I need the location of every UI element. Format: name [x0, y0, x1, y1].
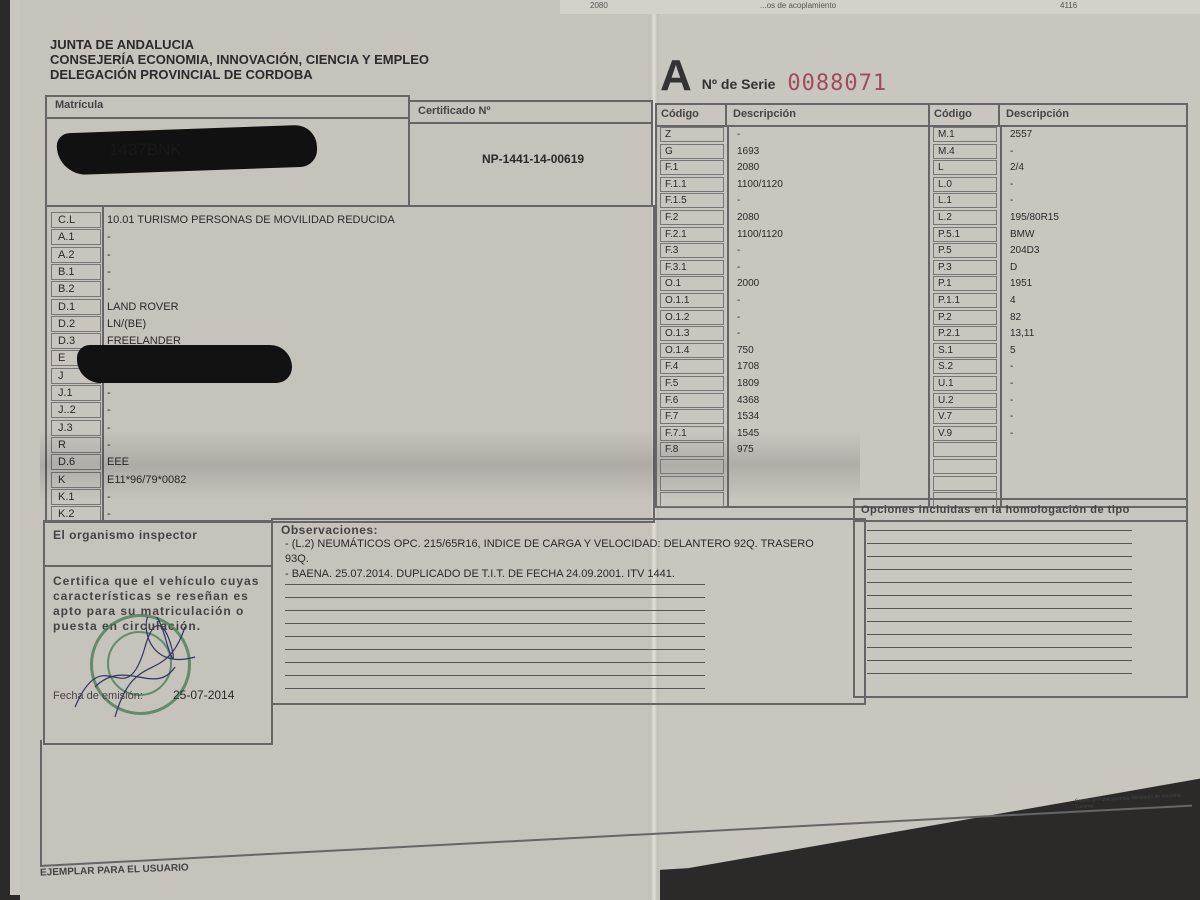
table-row: O.1.2 - [657, 310, 928, 327]
col-header-code: Código [657, 105, 727, 125]
redaction-mark [77, 345, 292, 383]
table-row: V.7 - [930, 409, 1186, 426]
field-value: - [1010, 359, 1013, 374]
field-code: L.1 [933, 193, 997, 208]
opciones-box: Opciones incluidas en la homologación de… [853, 498, 1188, 698]
field-code: K [51, 472, 101, 488]
field-code: F.2.1 [660, 227, 724, 242]
field-code: F.8 [660, 442, 724, 457]
underlying-sheet-strip: 2080 ...os de acoplamiento 4116 [560, 0, 1200, 14]
field-value: - [107, 404, 111, 416]
table-row: P.2 82 [930, 310, 1186, 327]
field-code: F.1 [660, 160, 724, 175]
field-value: 4 [1010, 293, 1016, 308]
table-row: B.1 - [47, 263, 653, 281]
field-code: L.0 [933, 177, 997, 192]
field-code: M.1 [933, 127, 997, 142]
matricula-label: Matrícula [47, 97, 408, 119]
field-code: B.1 [51, 264, 101, 280]
field-value: - [737, 193, 740, 208]
field-value: E11*96/79*0082 [107, 474, 186, 486]
table-row: F.8 975 [657, 442, 928, 459]
field-value: - [1010, 193, 1013, 208]
field-code: U.2 [933, 393, 997, 408]
field-code [933, 459, 997, 474]
blank-line [867, 595, 1132, 596]
blank-line [867, 634, 1132, 635]
table-row: M.4 - [930, 144, 1186, 161]
table-row: F.7.1 1545 [657, 426, 928, 443]
table-row: J.1 - [47, 384, 653, 402]
field-value: - [737, 310, 740, 325]
field-code: F.4 [660, 359, 724, 374]
field-code: U.1 [933, 376, 997, 391]
table-row: B.2 - [47, 280, 653, 298]
issuer-line-1: JUNTA DE ANDALUCIA [50, 37, 429, 52]
table-row: S.1 5 [930, 343, 1186, 360]
field-code [660, 476, 724, 491]
field-value: 2000 [737, 276, 759, 291]
table-row: P.5.1 BMW [930, 227, 1186, 244]
field-code: P.1 [933, 276, 997, 291]
issuer-line-2: CONSEJERÍA ECONOMIA, INNOVACIÓN, CIENCIA… [50, 52, 429, 67]
field-code: O.1.4 [660, 343, 724, 358]
strip-value: 4116 [1060, 1, 1077, 10]
serial-block: A Nº de Serie 0088071 [660, 56, 887, 96]
serial-label: Nº de Serie [702, 76, 776, 92]
opciones-title: Opciones incluidas en la homologación de… [855, 500, 1186, 522]
field-code: S.2 [933, 359, 997, 374]
field-code: F.5 [660, 376, 724, 391]
field-value: 10.01 TURISMO PERSONAS DE MOVILIDAD REDU… [107, 214, 395, 226]
field-code: V.7 [933, 409, 997, 424]
table-row: L.2 195/80R15 [930, 210, 1186, 227]
table-row: J.3 - [47, 419, 653, 437]
certificado-box: Certificado Nº NP-1441-14-00619 [408, 100, 653, 207]
field-code [660, 492, 724, 507]
field-code: F.7.1 [660, 426, 724, 441]
field-code [933, 442, 997, 457]
field-value: 4368 [737, 393, 759, 408]
field-value: - [737, 243, 740, 258]
redaction-mark [56, 124, 317, 175]
field-code: V.9 [933, 426, 997, 441]
table-row: Z - [657, 127, 928, 144]
certificado-label: Certificado Nº [410, 102, 651, 124]
field-code: G [660, 144, 724, 159]
observation-line: - BAENA. 25.07.2014. DUPLICADO DE T.I.T.… [285, 568, 675, 580]
field-code: F.1.1 [660, 177, 724, 192]
signature-icon [65, 617, 215, 727]
field-code: D.6 [51, 454, 101, 470]
field-value: - [1010, 144, 1013, 159]
observation-line: - (L.2) NEUMÁTICOS OPC. 215/65R16, INDIC… [285, 538, 814, 550]
table-row: P.3 D [930, 260, 1186, 277]
field-value: 1951 [1010, 276, 1032, 291]
field-code: L.2 [933, 210, 997, 225]
table-row: L 2/4 [930, 160, 1186, 177]
field-value: - [107, 266, 111, 278]
field-code: B.2 [51, 281, 101, 297]
blank-line [285, 636, 705, 637]
matricula-box: Matrícula 1437BNK [45, 95, 410, 207]
blank-line [867, 660, 1132, 661]
blank-line [285, 675, 705, 676]
issuer-line-3: DELEGACIÓN PROVINCIAL DE CORDOBA [50, 67, 429, 82]
issuer-header: JUNTA DE ANDALUCIA CONSEJERÍA ECONOMIA, … [50, 37, 429, 82]
form-letter: A [660, 56, 692, 96]
field-value: 750 [737, 343, 754, 358]
observaciones-box: Observaciones: - (L.2) NEUMÁTICOS OPC. 2… [271, 518, 866, 705]
field-value: EEE [107, 456, 129, 468]
table-row: M.1 2557 [930, 127, 1186, 144]
field-code: Z [660, 127, 724, 142]
table-row: A.1 - [47, 228, 653, 246]
blank-line [285, 623, 705, 624]
field-value: - [107, 249, 111, 261]
table-row: F.6 4368 [657, 393, 928, 410]
field-value: - [737, 293, 740, 308]
field-value: 13,11 [1010, 326, 1034, 341]
field-value: - [737, 260, 740, 275]
table-row: K E11*96/79*0082 [47, 471, 653, 489]
field-code: M.4 [933, 144, 997, 159]
inspector-box: El organismo inspector Certifica que el … [43, 520, 273, 745]
table-row: U.2 - [930, 393, 1186, 410]
field-code: P.5 [933, 243, 997, 258]
field-code: F.7 [660, 409, 724, 424]
table-row: P.1 1951 [930, 276, 1186, 293]
field-value: - [1010, 376, 1013, 391]
field-code: P.5.1 [933, 227, 997, 242]
table-row [930, 476, 1186, 493]
fecha-label: Fecha de emisión: [53, 690, 143, 702]
serial-number: 0088071 [787, 71, 887, 96]
table-row: L.1 - [930, 193, 1186, 210]
field-code: F.2 [660, 210, 724, 225]
table-row: L.0 - [930, 177, 1186, 194]
field-value: 2080 [737, 160, 759, 175]
field-value: - [1010, 393, 1013, 408]
table-header: Código Descripción [657, 105, 928, 127]
field-value: 204D3 [1010, 243, 1039, 258]
field-code: P.2.1 [933, 326, 997, 341]
field-value: - [107, 422, 111, 434]
field-code: O.1.3 [660, 326, 724, 341]
field-value: 1693 [737, 144, 759, 159]
field-code: O.1.2 [660, 310, 724, 325]
table-row: D.2 LN/(BE) [47, 315, 653, 333]
field-code: A.2 [51, 247, 101, 263]
table-row: D.1 LAND ROVER [47, 298, 653, 316]
table-row: O.1.3 - [657, 326, 928, 343]
field-value: 975 [737, 442, 754, 457]
table-row: F.3.1 - [657, 260, 928, 277]
blank-line [285, 610, 705, 611]
field-value: D [1010, 260, 1017, 275]
field-value: 195/80R15 [1010, 210, 1059, 225]
table-row: G 1693 [657, 144, 928, 161]
field-value: 1534 [737, 409, 759, 424]
blank-line [867, 673, 1132, 674]
field-value: - [1010, 426, 1013, 441]
table-row: F.4 1708 [657, 359, 928, 376]
field-code: A.1 [51, 229, 101, 245]
table-row: O.1.4 750 [657, 343, 928, 360]
table-row: P.5 204D3 [930, 243, 1186, 260]
field-value: 1708 [737, 359, 759, 374]
table-row: P.2.1 13,11 [930, 326, 1186, 343]
table-row: O.1.1 - [657, 293, 928, 310]
blank-line [867, 530, 1132, 531]
field-code: O.1.1 [660, 293, 724, 308]
blank-line [285, 649, 705, 650]
inspector-title: El organismo inspector [45, 522, 271, 567]
table-row: S.2 - [930, 359, 1186, 376]
table-row: D.6 EEE [47, 453, 653, 471]
field-code: F.3.1 [660, 260, 724, 275]
table-row: F.7 1534 [657, 409, 928, 426]
col-header-desc: Descripción [1002, 105, 1073, 123]
col-header-code: Código [930, 105, 1000, 125]
table-row [930, 459, 1186, 476]
field-value: - [107, 508, 111, 520]
field-code: C.L [51, 212, 101, 228]
field-code: D.2 [51, 316, 101, 332]
field-value: - [107, 439, 111, 451]
strip-value: 2080 [590, 1, 608, 10]
field-value: 5 [1010, 343, 1016, 358]
blank-line [285, 688, 705, 689]
field-code: K.1 [51, 489, 101, 505]
matricula-value: 1437BNK [109, 140, 182, 160]
table-row: F.1.1 1100/1120 [657, 177, 928, 194]
table-row [657, 459, 928, 476]
vehicle-data-table: C.L 10.01 TURISMO PERSONAS DE MOVILIDAD … [45, 205, 655, 523]
table-row: R - [47, 436, 653, 454]
field-value: LN/(BE) [107, 318, 146, 330]
table-row: F.5 1809 [657, 376, 928, 393]
field-code: L [933, 160, 997, 175]
field-value: - [737, 326, 740, 341]
table-row [657, 476, 928, 493]
table-row: O.1 2000 [657, 276, 928, 293]
blank-line [867, 556, 1132, 557]
field-value: - [107, 283, 111, 295]
blank-line [285, 662, 705, 663]
observaciones-title: Observaciones: [281, 523, 378, 537]
field-code: J.3 [51, 420, 101, 436]
field-value: - [1010, 409, 1013, 424]
field-code: P.3 [933, 260, 997, 275]
blank-line [867, 543, 1132, 544]
table-header: Código Descripción [930, 105, 1186, 127]
observation-line: 93Q. [285, 553, 309, 565]
field-code: O.1 [660, 276, 724, 291]
field-value: 2557 [1010, 127, 1032, 142]
field-code [933, 476, 997, 491]
field-code: J..2 [51, 402, 101, 418]
strip-text: ...os de acoplamiento [760, 1, 836, 10]
field-value: - [737, 127, 740, 142]
field-code: P.2 [933, 310, 997, 325]
field-value: 1100/1120 [737, 227, 783, 242]
field-code: R [51, 437, 101, 453]
table-row: F.1 2080 [657, 160, 928, 177]
field-code: F.3 [660, 243, 724, 258]
table-row: F.3 - [657, 243, 928, 260]
blank-line [867, 608, 1132, 609]
field-code: P.1.1 [933, 293, 997, 308]
field-value: 1100/1120 [737, 177, 783, 192]
field-value: 1809 [737, 376, 759, 391]
blank-line [285, 584, 705, 585]
field-value: BMW [1010, 227, 1034, 242]
table-row: F.2 2080 [657, 210, 928, 227]
blank-line [867, 621, 1132, 622]
field-value: 2080 [737, 210, 759, 225]
field-code: J.1 [51, 385, 101, 401]
col-header-desc: Descripción [729, 105, 800, 123]
field-value: - [107, 387, 111, 399]
blank-line [285, 597, 705, 598]
blank-line [867, 647, 1132, 648]
table-row: A.2 - [47, 246, 653, 264]
table-row: F.1.5 - [657, 193, 928, 210]
table-row: K.1 - [47, 488, 653, 506]
fecha-value: 25-07-2014 [173, 688, 234, 702]
field-value: 82 [1010, 310, 1021, 325]
field-code: F.1.5 [660, 193, 724, 208]
blank-line [867, 569, 1132, 570]
codes-table-1: Código Descripción Z -G 1693F.1 2080F.1.… [655, 103, 930, 508]
field-value: 1545 [737, 426, 759, 441]
field-code: F.6 [660, 393, 724, 408]
field-value: - [107, 491, 111, 503]
field-code: S.1 [933, 343, 997, 358]
table-row: U.1 - [930, 376, 1186, 393]
table-row: P.1.1 4 [930, 293, 1186, 310]
field-value: LAND ROVER [107, 301, 179, 313]
field-value: - [107, 231, 111, 243]
table-row: F.2.1 1100/1120 [657, 227, 928, 244]
codes-table-2: Código Descripción M.1 2557M.4 -L 2/4L.0… [928, 103, 1188, 508]
blank-line [867, 582, 1132, 583]
table-row: C.L 10.01 TURISMO PERSONAS DE MOVILIDAD … [47, 211, 653, 229]
table-row: J..2 - [47, 401, 653, 419]
field-code [660, 459, 724, 474]
table-row [930, 442, 1186, 459]
table-row: V.9 - [930, 426, 1186, 443]
field-value: 2/4 [1010, 160, 1024, 175]
field-code: D.1 [51, 299, 101, 315]
field-value: - [1010, 177, 1013, 192]
certificado-value: NP-1441-14-00619 [482, 152, 584, 166]
